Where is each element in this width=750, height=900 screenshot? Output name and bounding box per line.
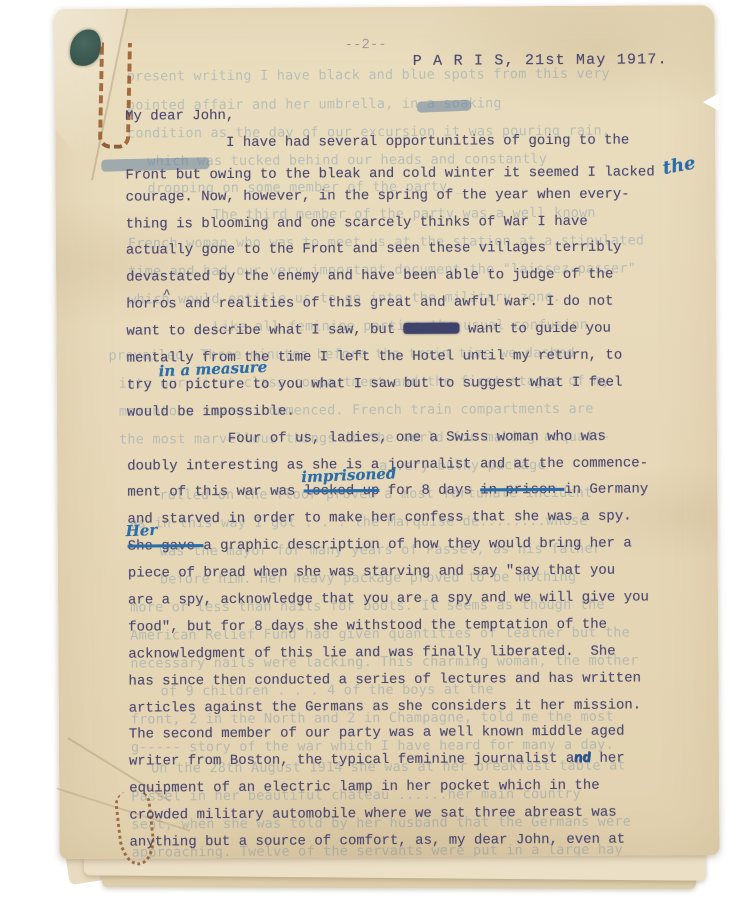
typed-text: The second member of our party was a wel… <box>129 724 625 743</box>
typed-line: try to picturein a measure to you what I… <box>127 374 698 404</box>
typed-text: piece of bread when she was starving and… <box>128 563 615 582</box>
typed-line: would be impossible. <box>127 401 698 431</box>
redacted-word <box>404 323 460 334</box>
typed-line: equipment of an electric lamp in her poc… <box>129 777 700 807</box>
typed-text: horro <box>126 297 168 313</box>
typed-line: writer from Boston, the typical feminine… <box>129 750 700 780</box>
letter-page: present writing I have black and blue sp… <box>54 5 719 859</box>
pen-overwrite: nd <box>573 751 591 767</box>
typed-line: My dear John, <box>125 105 696 135</box>
typed-line: Four of us, ladies, one a Swiss woman wh… <box>127 428 698 458</box>
letter-body: My dear John, I have had several opportu… <box>125 105 700 861</box>
typed-text: devastated by the enemy and have been ab… <box>126 267 613 286</box>
typed-text: food", but for 8 days she withstood the … <box>128 617 607 636</box>
struck-text: She gave Her <box>128 538 204 554</box>
typed-line: crowded military automobile where we sat… <box>129 804 700 834</box>
page-number: --2-- <box>345 37 387 53</box>
typed-text: acknowledgment of this lie and was final… <box>128 643 615 662</box>
typed-line: food", but for 8 days she withstood the … <box>128 616 699 646</box>
typed-line: Front but owing to the bleak and cold wi… <box>125 159 696 189</box>
typed-text: writer from Boston, the typical feminine… <box>129 751 574 770</box>
typed-line: I have had several opportunities of goin… <box>125 132 696 162</box>
typed-text: a graphic description of how they would … <box>203 536 632 555</box>
typed-line: articles against the Germans as she cons… <box>129 697 700 727</box>
struck-text: in prison <box>480 482 564 499</box>
typed-line: piece of bread when she was starving and… <box>128 562 699 592</box>
typed-text: are a spy, acknowledge that you are a sp… <box>128 589 649 608</box>
typed-line: ment of this war was locked upimprisoned… <box>127 482 698 512</box>
typed-text: to picturein a measure <box>160 377 244 394</box>
typed-text: want to describe what I saw, but <box>126 322 403 340</box>
typed-line: courage. Now, however, in the spring of … <box>126 186 697 216</box>
typed-line: horro^s and realities of this great and … <box>126 293 697 323</box>
dateline: P A R I S, 21st May 1917. <box>413 51 668 70</box>
typed-text: I have had several opportunities of goin… <box>125 132 629 151</box>
typed-text: try <box>127 377 161 393</box>
typed-text: Four of us, ladies, one a Swiss woman wh… <box>127 428 606 447</box>
typed-line: are a spy, acknowledge that you are a sp… <box>128 589 699 619</box>
typed-line: want to describe what I saw, but want to… <box>126 320 697 350</box>
typed-text: and starved in order to make her confess… <box>127 509 631 528</box>
typed-text: equipment of an electric lamp in her poc… <box>129 778 600 797</box>
handwritten-insertion: Her <box>125 521 157 540</box>
typed-text: actually gone to the Front and seen thes… <box>126 240 622 259</box>
typed-line: thing is blooming and one scarcely think… <box>126 213 697 243</box>
typed-text: has since then conducted a series of lec… <box>128 670 641 689</box>
typed-text: want to guide you <box>460 321 611 338</box>
typed-line: The second member of our party was a wel… <box>129 724 700 754</box>
typed-text: in Germany <box>564 482 648 499</box>
typed-text: her <box>591 751 625 767</box>
typed-text: My dear John, <box>125 108 234 125</box>
typed-text: anything but a source of comfort, as, my… <box>129 832 625 851</box>
typed-line: doubly interesting as she is a journalis… <box>127 455 698 485</box>
typed-text: s and realities of this great and awful … <box>168 294 613 313</box>
typed-line: has since then conducted a series of lec… <box>128 670 699 700</box>
scan-background: present writing I have black and blue sp… <box>0 0 750 900</box>
typed-line: actually gone to the Front and seen thes… <box>126 240 697 270</box>
typed-text: crowded military automobile where we sat… <box>129 805 616 824</box>
struck-text: locked upimprisoned <box>304 484 380 500</box>
typed-text: Front but owing to the bleak and cold wi… <box>125 164 663 183</box>
typed-text: articles against the Germans as she cons… <box>129 697 642 716</box>
typed-text: for 8 days <box>379 483 480 500</box>
typed-text: would be impossible. <box>127 403 295 420</box>
typed-line: anything but a source of comfort, as, my… <box>129 831 700 861</box>
typed-text: to you what I saw but to suggest what I … <box>244 374 622 392</box>
typed-line: She gave Hera graphic description of how… <box>128 535 699 565</box>
typed-line: and starved in order to make her confess… <box>127 508 698 538</box>
typed-text: ment of this war was <box>127 484 304 501</box>
typed-text: courage. Now, however, in the spring of … <box>126 186 630 205</box>
typed-line: devastated by the enemy and have been ab… <box>126 266 697 296</box>
typed-line: acknowledgment of this lie and was final… <box>128 643 699 673</box>
typed-text: thing is blooming and one scarcely think… <box>126 213 588 232</box>
